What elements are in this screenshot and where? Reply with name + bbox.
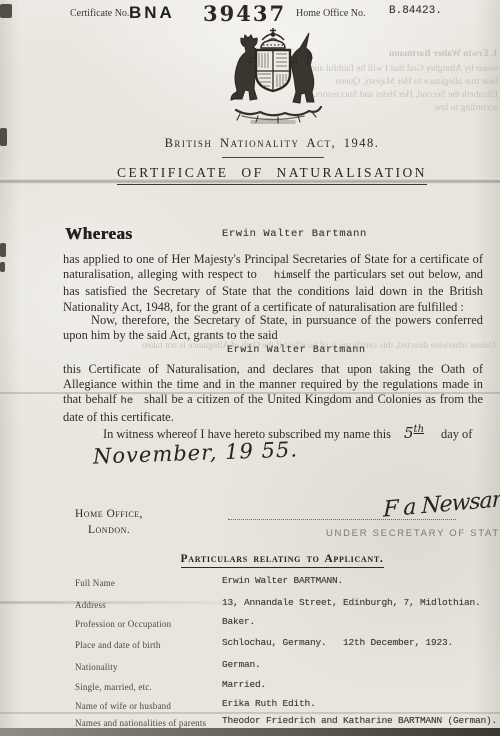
home-office-line1: Home Office,	[75, 508, 143, 520]
particulars-row: Address 13, Annandale Street, Edinburgh,…	[0, 599, 500, 613]
row-label-profession: Profession or Occupation	[75, 619, 171, 629]
declaration-paragraph: this Certificate of Naturalisation, and …	[63, 362, 483, 425]
signatory-title: UNDER SECRETARY OF STATE.	[326, 528, 500, 539]
certificate-number: 39437	[203, 1, 286, 26]
grantee-name-typed: Erwin Walter Bartmann	[227, 345, 366, 356]
particulars-row: Names and nationalities of parents Theod…	[0, 717, 500, 731]
applicant-name-typed: Erwin Walter Bartmann	[222, 228, 367, 240]
particulars-row: Nationality German.	[0, 661, 500, 675]
row-label-parents: Names and nationalities of parents	[75, 718, 206, 728]
certificate-no-label: Certificate No.	[70, 8, 129, 19]
certificate-title: CERTIFICATE OF NATURALISATION	[47, 165, 497, 181]
particulars-row: Full Name Erwin Walter BARTMANN.	[0, 577, 500, 591]
typed-word-he: he	[121, 395, 134, 407]
row-value-birth: Schlochau, Germany. 12th December, 1923.	[222, 637, 453, 648]
row-label-birth: Place and date of birth	[75, 640, 161, 650]
row-label-full-name: Full Name	[75, 578, 115, 588]
certificate-series: BNA	[129, 3, 175, 23]
grant-paragraph: Now, therefore, the Secretary of State, …	[63, 313, 483, 343]
typed-word-him: him	[274, 270, 293, 282]
row-label-address: Address	[75, 600, 106, 610]
witness-text-cont: day of	[441, 427, 472, 441]
row-value-full-name: Erwin Walter BARTMANN.	[222, 575, 343, 586]
scan-edge-mark	[0, 243, 6, 257]
home-office-line2: London.	[75, 522, 143, 538]
scan-edge-mark	[0, 128, 7, 146]
row-value-parents: Theodor Friedrich and Katharine BARTMANN…	[222, 715, 497, 726]
scan-edge-mark	[0, 262, 5, 272]
home-office-number: B.84423.	[389, 5, 442, 17]
home-office-no-label: Home Office No.	[296, 8, 366, 19]
row-value-nationality: German.	[222, 659, 261, 670]
signature-handwritten: F a Newsam	[383, 486, 500, 522]
whereas-label: Whereas	[65, 224, 132, 244]
particulars-heading-text: Particulars relating to Applicant.	[181, 553, 384, 568]
particulars-row: Single, married, etc. Married.	[0, 681, 500, 695]
certificate-document: I, Erwin Walter Bartmann swear by Almigh…	[0, 0, 500, 736]
royal-coat-of-arms-icon	[212, 26, 334, 130]
row-label-nationality: Nationality	[75, 662, 118, 672]
row-label-spouse: Name of wife or husband	[75, 701, 171, 711]
particulars-heading: Particulars relating to Applicant.	[57, 553, 500, 565]
certificate-title-text: CERTIFICATE OF NATURALISATION	[117, 165, 427, 185]
home-office-block: Home Office,London.	[75, 506, 143, 538]
act-title: British Nationality Act, 1948.	[47, 136, 497, 151]
row-value-profession: Baker.	[222, 616, 255, 627]
particulars-row: Name of wife or husband Erika Ruth Edith…	[0, 700, 500, 714]
row-value-marital: Married.	[222, 679, 266, 690]
row-value-address: 13, Annandale Street, Edinburgh, 7, Midl…	[222, 597, 481, 608]
particulars-row: Place and date of birth Schlochau, Germa…	[0, 639, 500, 653]
handwritten-day: 5th	[404, 424, 424, 442]
application-paragraph: has applied to one of Her Majesty's Prin…	[63, 252, 483, 315]
particulars-row: Profession or Occupation Baker.	[0, 618, 500, 632]
day-number: 5	[404, 424, 414, 442]
title-divider	[222, 157, 324, 158]
day-suffix: th	[414, 424, 424, 435]
scan-edge-mark	[0, 4, 12, 18]
row-value-spouse: Erika Ruth Edith.	[222, 698, 316, 709]
row-label-marital: Single, married, etc.	[75, 682, 152, 692]
